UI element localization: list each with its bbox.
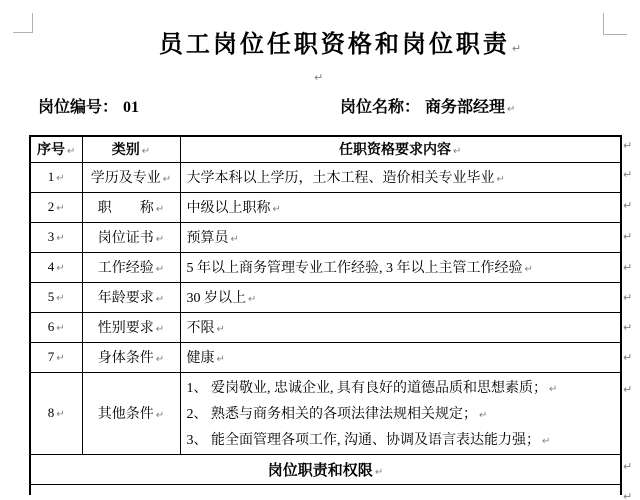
category-label: 工作经验 xyxy=(98,261,154,276)
table-header-row: 序号↵ 类别↵ 任职资格要求内容↵ xyxy=(30,136,621,162)
row-number: 6 xyxy=(48,319,55,334)
category-cell: 性别要求↵ xyxy=(82,312,180,342)
requirement-cell-multiline: 1、 爱岗敬业, 忠诚企业, 具有良好的道德品质和思想素质；↵ 2、 熟悉与商务… xyxy=(180,372,621,454)
category-label: 其他条件 xyxy=(98,407,154,422)
requirement-text: 1、 爱岗敬业, 忠诚企业, 具有良好的道德品质和思想素质； xyxy=(187,381,548,396)
paragraph-mark: ↵ xyxy=(525,264,533,275)
category-label: 学历及专业 xyxy=(91,171,161,186)
section-header-row: 岗位职责和权限↵ xyxy=(30,454,621,484)
row-number: 4 xyxy=(48,259,55,274)
row-number-cell: 2↵ xyxy=(30,192,82,222)
row-number-cell: 7↵ xyxy=(30,342,82,372)
table-row: 8↵ 其他条件↵ 1、 爱岗敬业, 忠诚企业, 具有良好的道德品质和思想素质；↵… xyxy=(30,372,621,454)
header-cell-category: 类别↵ xyxy=(82,136,180,162)
category-cell: 年龄要求↵ xyxy=(82,282,180,312)
position-number-field: 岗位编号：01 xyxy=(38,94,139,117)
row-end-mark: ↵ xyxy=(623,461,632,472)
paragraph-mark: ↵ xyxy=(375,467,383,478)
paragraph-mark: ↵ xyxy=(67,146,75,157)
margin-crop-mark-top-left xyxy=(13,13,33,33)
paragraph-mark: ↵ xyxy=(479,410,487,421)
requirement-text: 不限 xyxy=(187,321,215,336)
row-number: 3 xyxy=(48,229,55,244)
paragraph-mark: ↵ xyxy=(156,354,164,365)
paragraph-mark: ↵ xyxy=(512,42,521,55)
requirement-cell: 健康↵ xyxy=(180,342,621,372)
paragraph-mark: ↵ xyxy=(248,294,256,305)
category-label: 岗位证书 xyxy=(98,231,154,246)
category-cell: 职 称↵ xyxy=(82,192,180,222)
requirement-text: 预算员 xyxy=(187,231,229,246)
requirement-cell: 中级以上职称↵ xyxy=(180,192,621,222)
paragraph-mark: ↵ xyxy=(217,354,225,365)
paragraph-mark: ↵ xyxy=(273,204,281,215)
row-number-cell: 5↵ xyxy=(30,282,82,312)
row-number-cell: 3↵ xyxy=(30,222,82,252)
paragraph-mark: ↵ xyxy=(56,233,64,244)
category-cell: 其他条件↵ xyxy=(82,372,180,454)
paragraph-mark: ↵ xyxy=(56,263,64,274)
section-header-cell: 岗位职责和权限↵ xyxy=(30,454,621,484)
paragraph-mark: ↵ xyxy=(163,174,171,185)
table-row: 5↵ 年龄要求↵ 30 岁以上↵ xyxy=(30,282,621,312)
table-row: 7↵ 身体条件↵ 健康↵ xyxy=(30,342,621,372)
position-name-value: 商务部经理 xyxy=(425,99,505,116)
paragraph-mark: ↵ xyxy=(156,294,164,305)
header-no-label: 序号 xyxy=(37,143,65,158)
row-number: 1 xyxy=(48,169,55,184)
paragraph-mark: ↵ xyxy=(231,234,239,245)
row-end-mark: ↵ xyxy=(623,491,632,500)
document-title-text: 员工岗位任职资格和岗位职责 xyxy=(159,32,510,58)
partial-bottom-cell xyxy=(30,484,621,495)
row-number: 8 xyxy=(48,405,55,420)
requirement-text: 2、 熟悉与商务相关的各项法律法规相关规定； xyxy=(187,407,478,422)
paragraph-mark: ↵ xyxy=(497,174,505,185)
row-number-cell: 1↵ xyxy=(30,162,82,192)
requirement-line: 3、 能全面管理各项工作, 沟通、协调及语言表达能力强；↵ xyxy=(187,428,621,454)
document-title: 员工岗位任职资格和岗位职责↵ xyxy=(20,31,640,63)
row-number-cell: 8↵ xyxy=(30,372,82,454)
paragraph-mark: ↵ xyxy=(507,104,515,115)
requirement-text: 中级以上职称 xyxy=(187,201,271,216)
header-category-label: 类别 xyxy=(112,143,140,158)
row-end-mark: ↵ xyxy=(623,200,632,211)
paragraph-mark: ↵ xyxy=(56,409,64,420)
category-cell: 身体条件↵ xyxy=(82,342,180,372)
requirement-cell: 5 年以上商务管理专业工作经验, 3 年以上主管工作经验↵ xyxy=(180,252,621,282)
row-end-mark: ↵ xyxy=(623,169,632,180)
requirement-cell: 大学本科以上学历，土木工程、造价相关专业毕业↵ xyxy=(180,162,621,192)
row-end-mark: ↵ xyxy=(623,384,632,395)
row-end-mark: ↵ xyxy=(623,140,632,151)
position-number-label: 岗位编号： xyxy=(38,99,118,116)
position-info-line: 岗位编号：01 岗位名称：商务部经理↵ xyxy=(0,94,640,116)
position-number-value: 01 xyxy=(123,99,139,116)
category-label: 身体条件 xyxy=(98,351,154,366)
row-number-cell: 6↵ xyxy=(30,312,82,342)
paragraph-mark: ↵ xyxy=(156,204,164,215)
requirement-line: 1、 爱岗敬业, 忠诚企业, 具有良好的道德品质和思想素质；↵ xyxy=(187,376,621,402)
requirement-text: 大学本科以上学历，土木工程、造价相关专业毕业 xyxy=(187,171,495,186)
paragraph-mark: ↵ xyxy=(56,353,64,364)
row-end-mark: ↵ xyxy=(623,322,632,333)
row-end-mark: ↵ xyxy=(623,292,632,303)
paragraph-mark: ↵ xyxy=(56,323,64,334)
paragraph-mark: ↵ xyxy=(156,234,164,245)
header-cell-content: 任职资格要求内容↵ xyxy=(180,136,621,162)
row-number: 5 xyxy=(48,289,55,304)
word-document-page: 员工岗位任职资格和岗位职责↵ ↵ 岗位编号：01 岗位名称：商务部经理↵ 序号↵… xyxy=(0,0,640,500)
requirement-cell: 不限↵ xyxy=(180,312,621,342)
row-number-cell: 4↵ xyxy=(30,252,82,282)
row-number: 7 xyxy=(48,349,55,364)
requirement-line: 2、 熟悉与商务相关的各项法律法规相关规定；↵ xyxy=(187,402,621,428)
category-label: 职 称 xyxy=(98,201,154,216)
position-name-field: 岗位名称：商务部经理↵ xyxy=(340,94,515,117)
table-row: 4↵ 工作经验↵ 5 年以上商务管理专业工作经验, 3 年以上主管工作经验↵ xyxy=(30,252,621,282)
row-end-mark: ↵ xyxy=(623,231,632,242)
category-cell: 工作经验↵ xyxy=(82,252,180,282)
position-name-label: 岗位名称： xyxy=(340,99,420,116)
requirement-text: 30 岁以上 xyxy=(187,291,247,306)
partial-bottom-row xyxy=(30,484,621,495)
category-label: 性别要求 xyxy=(98,321,154,336)
table-row: 1↵ 学历及专业↵ 大学本科以上学历，土木工程、造价相关专业毕业↵ xyxy=(30,162,621,192)
paragraph-mark: ↵ xyxy=(56,173,64,184)
paragraph-mark: ↵ xyxy=(56,293,64,304)
paragraph-mark: ↵ xyxy=(549,384,557,395)
table-row: 2↵ 职 称↵ 中级以上职称↵ xyxy=(30,192,621,222)
row-end-mark: ↵ xyxy=(623,352,632,363)
category-label: 年龄要求 xyxy=(98,291,154,306)
requirement-cell: 预算员↵ xyxy=(180,222,621,252)
table-row: 3↵ 岗位证书↵ 预算员↵ xyxy=(30,222,621,252)
requirement-text: 健康 xyxy=(187,351,215,366)
header-content-label: 任职资格要求内容 xyxy=(339,143,451,158)
empty-paragraph-mark: ↵ xyxy=(314,71,323,84)
paragraph-mark: ↵ xyxy=(542,436,550,447)
paragraph-mark: ↵ xyxy=(453,146,461,157)
requirement-text: 5 年以上商务管理专业工作经验, 3 年以上主管工作经验 xyxy=(187,261,523,276)
paragraph-mark: ↵ xyxy=(217,324,225,335)
paragraph-mark: ↵ xyxy=(56,203,64,214)
row-number: 2 xyxy=(48,199,55,214)
requirement-text: 3、 能全面管理各项工作, 沟通、协调及语言表达能力强； xyxy=(187,433,541,448)
header-cell-no: 序号↵ xyxy=(30,136,82,162)
paragraph-mark: ↵ xyxy=(156,324,164,335)
paragraph-mark: ↵ xyxy=(156,410,164,421)
category-cell: 学历及专业↵ xyxy=(82,162,180,192)
requirement-cell: 30 岁以上↵ xyxy=(180,282,621,312)
paragraph-mark: ↵ xyxy=(142,146,150,157)
table-row: 6↵ 性别要求↵ 不限↵ xyxy=(30,312,621,342)
row-end-mark: ↵ xyxy=(623,262,632,273)
paragraph-mark: ↵ xyxy=(156,264,164,275)
category-cell: 岗位证书↵ xyxy=(82,222,180,252)
section-header-text: 岗位职责和权限 xyxy=(268,463,373,479)
qualification-table: 序号↵ 类别↵ 任职资格要求内容↵ 1↵ 学历及专业↵ 大学本科以上学历，土木工… xyxy=(29,135,622,495)
